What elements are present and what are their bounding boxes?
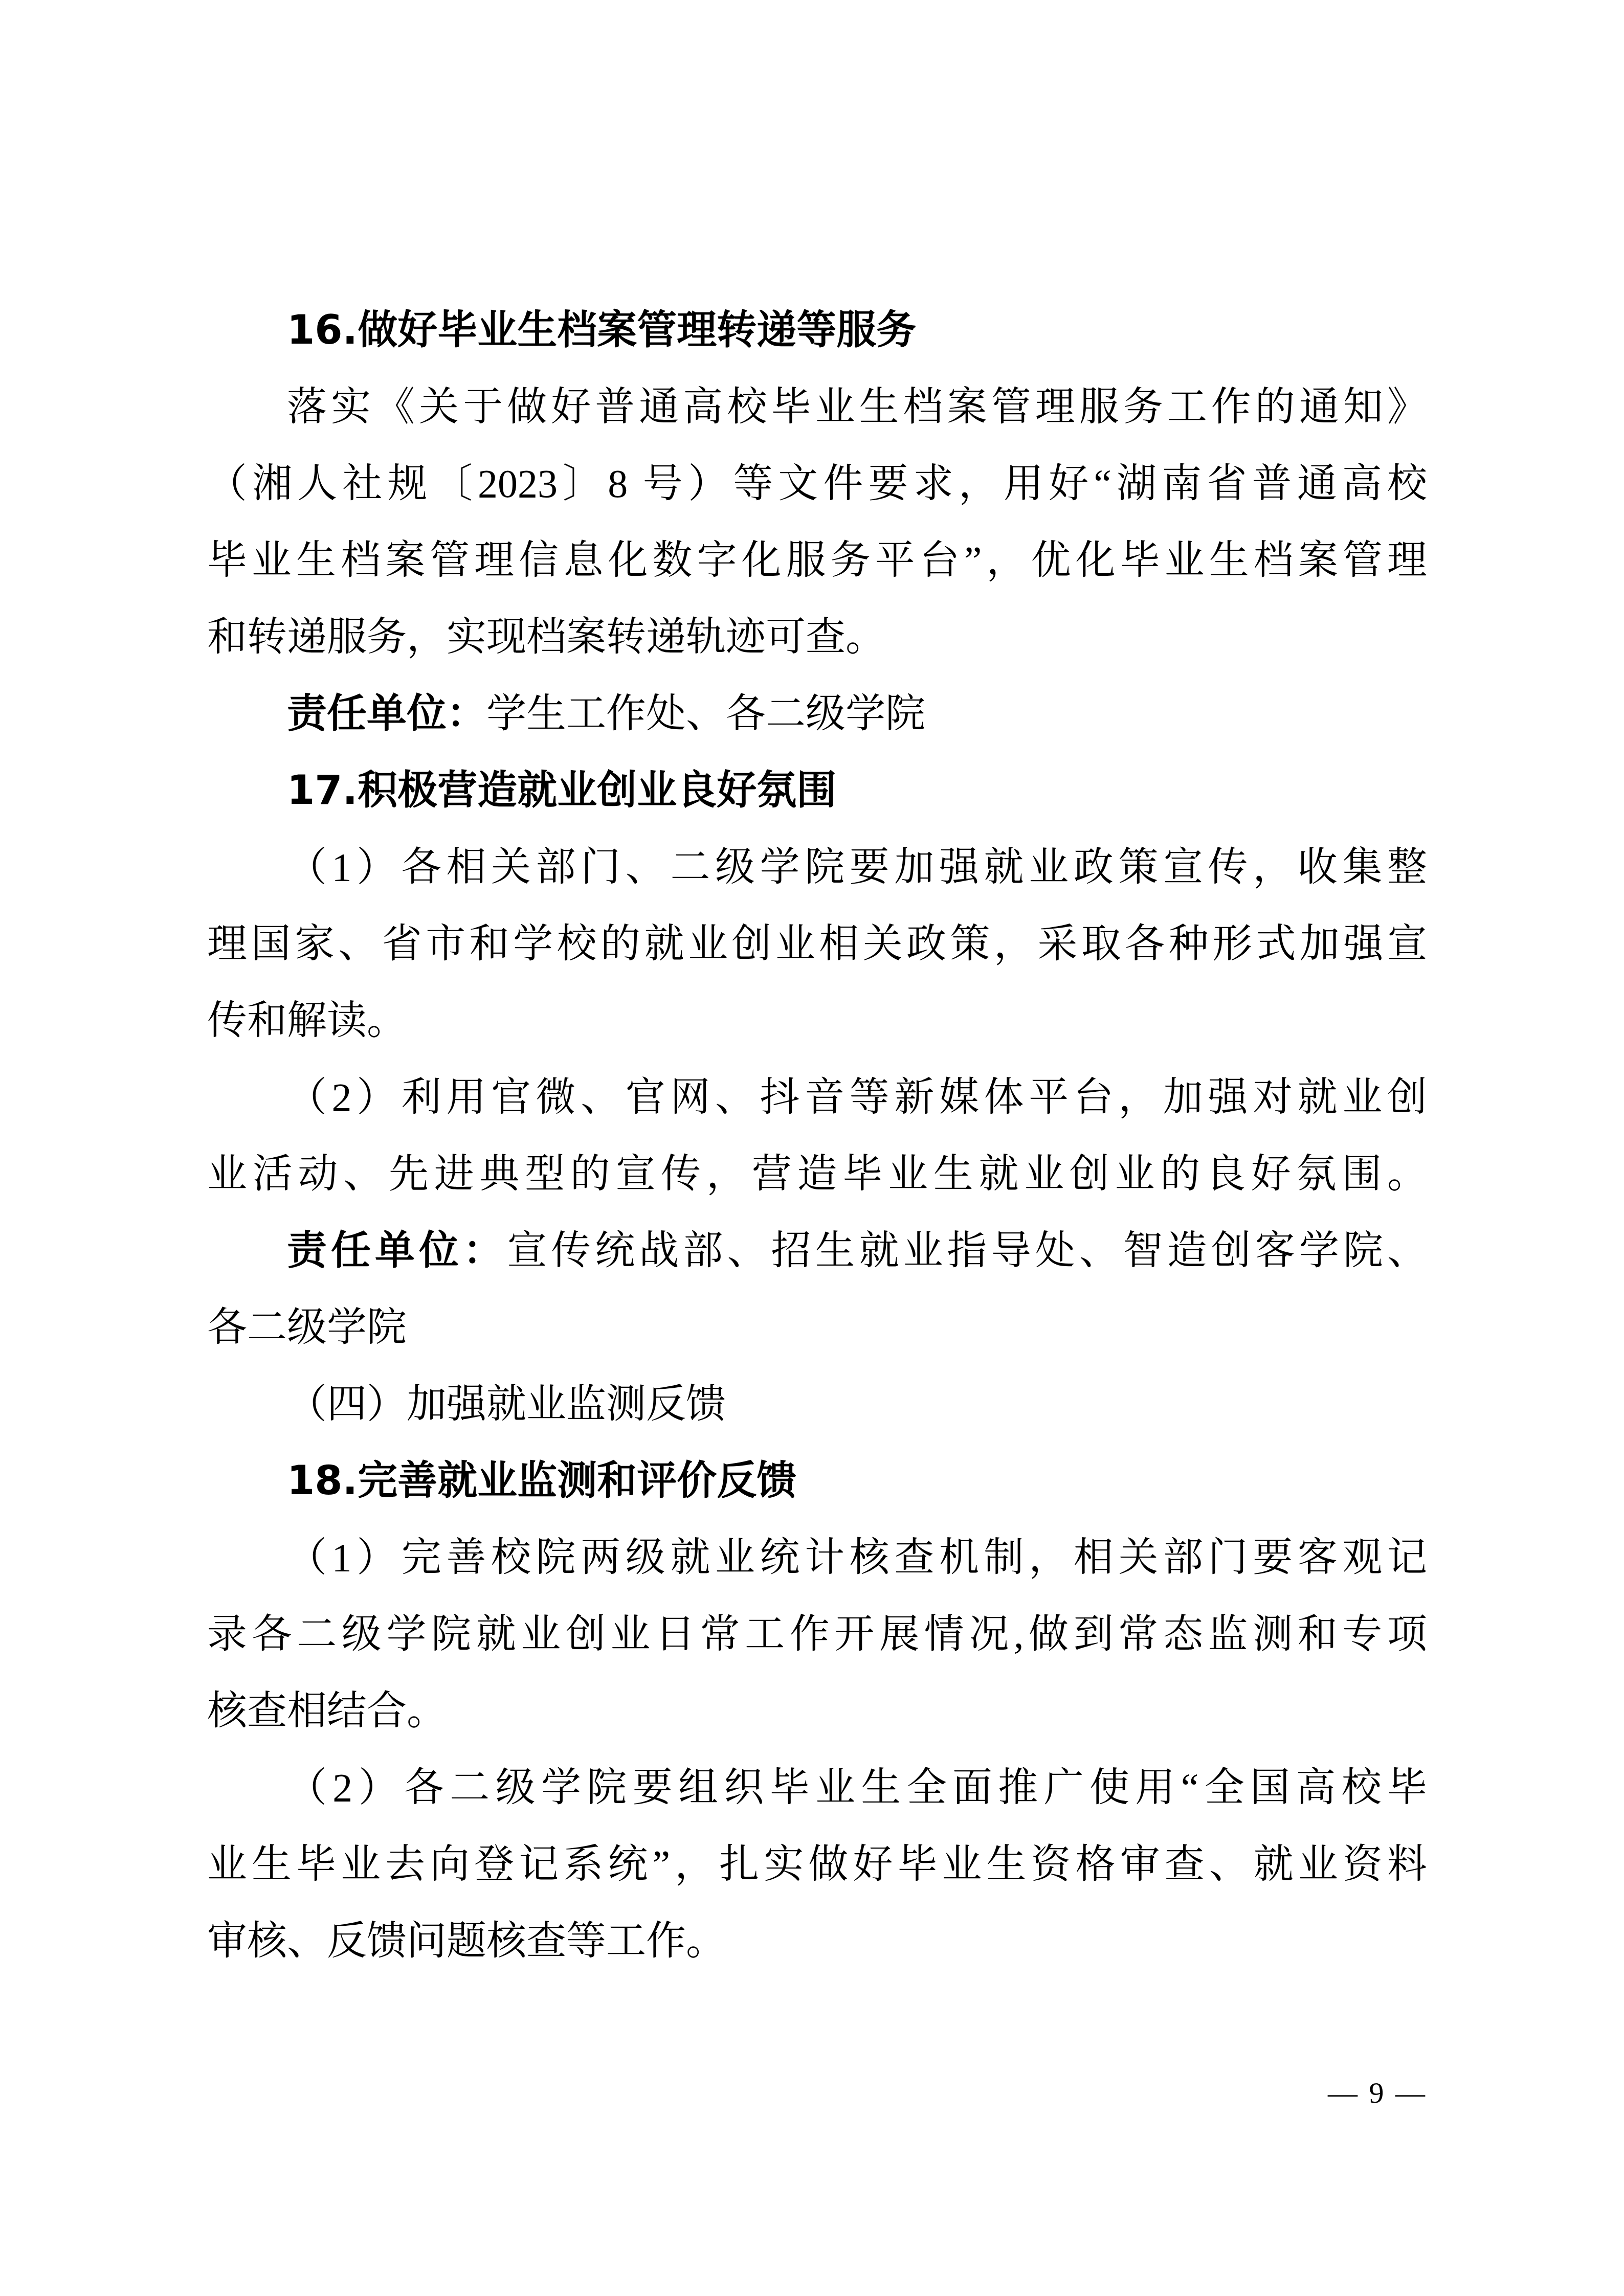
text-line: 落实《关于做好普通高校毕业生档案管理服务工作的通知》 <box>207 369 1427 445</box>
text-run: 业活动、先进典型的宣传，营造毕业生就业创业的良好氛围。 <box>207 1152 1427 1196</box>
text-line: （2）各二级学院要组织毕业生全面推广使用“全国高校毕 <box>207 1749 1427 1826</box>
text-run: 各二级学院 <box>207 1305 407 1349</box>
text-run: （湘人社规〔2023〕8 号）等文件要求，用好“湖南省普通高校 <box>207 461 1427 506</box>
text-line: 审核、反馈问题核查等工作。 <box>207 1903 1427 1979</box>
bold-text-run: 17.积极营造就业创业良好氛围 <box>287 768 836 814</box>
text-run: 学生工作处、各二级学院 <box>486 691 925 736</box>
text-line: 责任单位：学生工作处、各二级学院 <box>207 676 1427 752</box>
text-run: （1）完善校院两级就业统计核查机制，相关部门要客观记 <box>287 1535 1427 1580</box>
bold-text-run: 责任单位： <box>287 691 486 737</box>
bold-text-run: 18.完善就业监测和评价反馈 <box>287 1458 796 1504</box>
text-line: 理国家、省市和学校的就业创业相关政策，采取各种形式加强宣 <box>207 906 1427 982</box>
text-run: 审核、反馈问题核查等工作。 <box>207 1919 726 1963</box>
text-run: 和转递服务，实现档案转递轨迹可查。 <box>207 615 885 659</box>
heading-line: 17.积极营造就业创业良好氛围 <box>207 752 1427 829</box>
text-run: （1）各相关部门、二级学院要加强就业政策宣传，收集整 <box>287 845 1427 889</box>
bold-text-run: 责任单位： <box>287 1228 507 1274</box>
text-run: 毕业生档案管理信息化数字化服务平台”，优化毕业生档案管理 <box>207 538 1427 582</box>
subheading-line: （四）加强就业监测反馈 <box>207 1366 1427 1443</box>
text-line: （1）完善校院两级就业统计核查机制，相关部门要客观记 <box>207 1519 1427 1596</box>
text-line: （2）利用官微、官网、抖音等新媒体平台，加强对就业创 <box>207 1059 1427 1136</box>
text-run: （2）利用官微、官网、抖音等新媒体平台，加强对就业创 <box>287 1075 1427 1119</box>
text-line: 核查相结合。 <box>207 1673 1427 1749</box>
text-line: 和转递服务，实现档案转递轨迹可查。 <box>207 599 1427 676</box>
text-line: （1）各相关部门、二级学院要加强就业政策宣传，收集整 <box>207 829 1427 906</box>
text-line: 各二级学院 <box>207 1289 1427 1366</box>
text-run: 核查相结合。 <box>207 1689 447 1733</box>
text-line: 录各二级学院就业创业日常工作开展情况,做到常态监测和专项 <box>207 1596 1427 1673</box>
text-line: 毕业生档案管理信息化数字化服务平台”，优化毕业生档案管理 <box>207 522 1427 599</box>
text-run: 传和解读。 <box>207 998 407 1043</box>
text-run: 录各二级学院就业创业日常工作开展情况,做到常态监测和专项 <box>207 1612 1427 1656</box>
heading-line: 16.做好毕业生档案管理转递等服务 <box>207 292 1427 369</box>
text-run: 业生毕业去向登记系统”，扎实做好毕业生资格审查、就业资料 <box>207 1842 1427 1886</box>
text-run: 宣传统战部、招生就业指导处、智造创客学院、 <box>507 1228 1427 1273</box>
document-body: 16.做好毕业生档案管理转递等服务落实《关于做好普通高校毕业生档案管理服务工作的… <box>207 292 1427 1979</box>
page-number: — 9 — <box>1328 2075 1427 2111</box>
bold-text-run: 16.做好毕业生档案管理转递等服务 <box>287 307 916 353</box>
text-run: 理国家、省市和学校的就业创业相关政策，采取各种形式加强宣 <box>207 921 1427 966</box>
text-run: （四）加强就业监测反馈 <box>287 1381 726 1427</box>
text-line: 业生毕业去向登记系统”，扎实做好毕业生资格审查、就业资料 <box>207 1826 1427 1903</box>
text-line: （湘人社规〔2023〕8 号）等文件要求，用好“湖南省普通高校 <box>207 445 1427 522</box>
text-run: 落实《关于做好普通高校毕业生档案管理服务工作的通知》 <box>287 385 1427 429</box>
heading-line: 18.完善就业监测和评价反馈 <box>207 1443 1427 1519</box>
text-line: 责任单位：宣传统战部、招生就业指导处、智造创客学院、 <box>207 1212 1427 1289</box>
document-page: 16.做好毕业生档案管理转递等服务落实《关于做好普通高校毕业生档案管理服务工作的… <box>0 0 1624 2296</box>
text-run: （2）各二级学院要组织毕业生全面推广使用“全国高校毕 <box>287 1765 1427 1810</box>
text-line: 传和解读。 <box>207 982 1427 1059</box>
text-line: 业活动、先进典型的宣传，营造毕业生就业创业的良好氛围。 <box>207 1136 1427 1212</box>
